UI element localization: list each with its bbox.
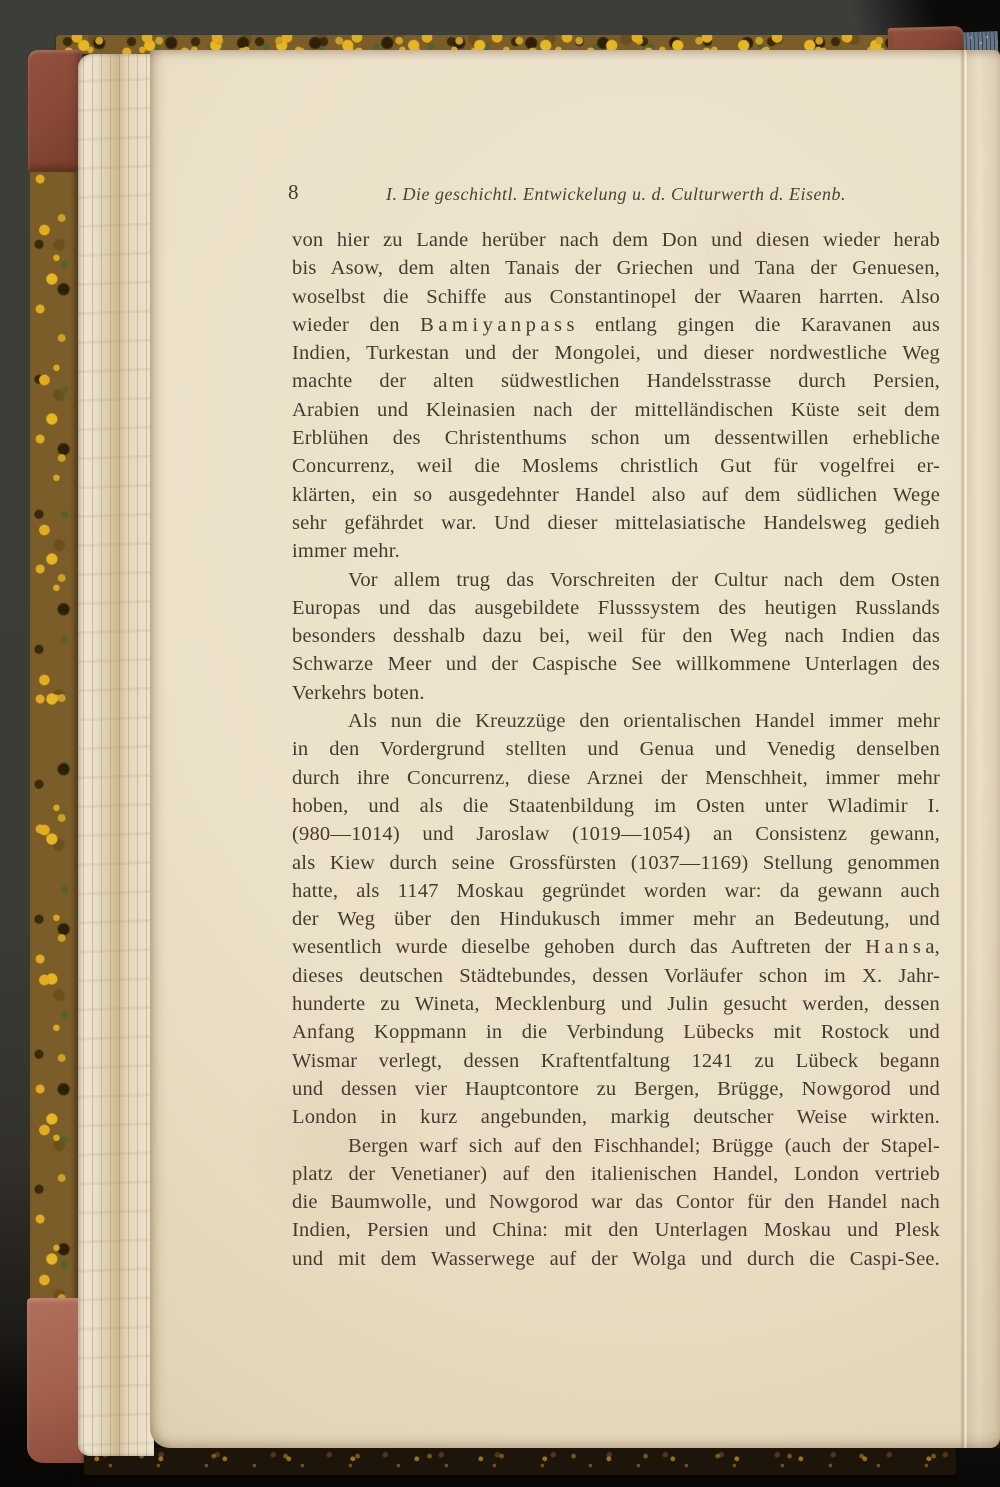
photo-background: 8 I. Die geschichtl. Entwickelung u. d. … <box>0 0 1000 1487</box>
leather-corner-top-left <box>28 50 82 172</box>
book-page: 8 I. Die geschichtl. Entwickelung u. d. … <box>150 50 1000 1448</box>
text-line: Indien, Persien und China: mit den Unter… <box>292 1216 940 1244</box>
text-line: immer mehr. <box>292 537 940 565</box>
text-line: von hier zu Lande herüber nach dem Don u… <box>292 226 940 254</box>
text-line: bis Asow, dem alten Tanais der Griechen … <box>292 254 940 282</box>
text-line: Anfang Koppmann in die Verbindung Lübeck… <box>292 1018 940 1046</box>
text-line: der Weg über den Hindukusch immer mehr a… <box>292 905 940 933</box>
body-text: von hier zu Lande herüber nach dem Don u… <box>292 226 940 1273</box>
text-line: Arabien und Kleinasien nach der mittellä… <box>292 396 940 424</box>
text-line: durch ihre Concurrenz, diese Arznei der … <box>292 764 940 792</box>
text-line: als Kiew durch seine Grossfürsten (1037—… <box>292 849 940 877</box>
text-line: klärten, ein so ausgedehnter Handel also… <box>292 481 940 509</box>
text-line: Indien, Turkestan und der Mongolei, und … <box>292 339 940 367</box>
text-line: hoben, und als die Staatenbildung im Ost… <box>292 792 940 820</box>
text-line: in den Vordergrund stellten und Genua un… <box>292 735 940 763</box>
text-line: die Baumwolle, und Nowgorod war das Cont… <box>292 1188 940 1216</box>
text-line: Concurrenz, weil die Moslems christlich … <box>292 452 940 480</box>
book-cover-left-edge <box>30 62 78 1315</box>
text-line: (980—1014) und Jaroslaw (1019—1054) an C… <box>292 820 940 848</box>
text-line: Schwarze Meer und der Caspische See will… <box>292 650 940 678</box>
text-line: Bergen warf sich auf den Fischhandel; Br… <box>292 1132 940 1160</box>
text-line: besonders desshalb dazu bei, weil für de… <box>292 622 940 650</box>
text-line: machte der alten südwestlichen Handelsst… <box>292 367 940 395</box>
text-line: platz der Venetianer) auf den italienisc… <box>292 1160 940 1188</box>
text-line: London in kurz angebunden, markig deutsc… <box>292 1103 940 1131</box>
text-line: Vor allem trug das Vorschreiten der Cult… <box>292 566 940 594</box>
text-line: Europas und das ausgebildete Flusssystem… <box>292 594 940 622</box>
text-line: hatte, als 1147 Moskau gegründet worden … <box>292 877 940 905</box>
gutter-crease <box>960 50 967 1448</box>
book-cover-bottom-edge <box>84 1448 956 1475</box>
text-line: Wismar verlegt, dessen Kraftentfaltung 1… <box>292 1047 940 1075</box>
text-line: Verkehrs boten. <box>292 679 940 707</box>
text-line: und mit dem Wasserwege auf der Wolga und… <box>292 1245 940 1273</box>
text-line: und dessen vier Hauptcontore zu Bergen, … <box>292 1075 940 1103</box>
page-stack-edges <box>78 54 154 1456</box>
text-line: Als nun die Kreuzzüge den orientalischen… <box>292 707 940 735</box>
text-line: woselbst die Schiffe aus Constantinopel … <box>292 283 940 311</box>
text-line: dieses deutschen Städtebundes, dessen Vo… <box>292 962 940 990</box>
text-line: wieder den B a m i y a n p a s s entlang… <box>292 311 940 339</box>
text-line: Erblühen des Christenthums schon um dess… <box>292 424 940 452</box>
text-line: sehr gefährdet war. Und dieser mittelasi… <box>292 509 940 537</box>
text-line: hunderte zu Wineta, Mecklenburg und Juli… <box>292 990 940 1018</box>
running-header: I. Die geschichtl. Entwickelung u. d. Cu… <box>292 184 940 205</box>
gutter-shading <box>967 50 1000 1448</box>
text-line: wesentlich wurde dieselbe gehoben durch … <box>292 933 940 961</box>
